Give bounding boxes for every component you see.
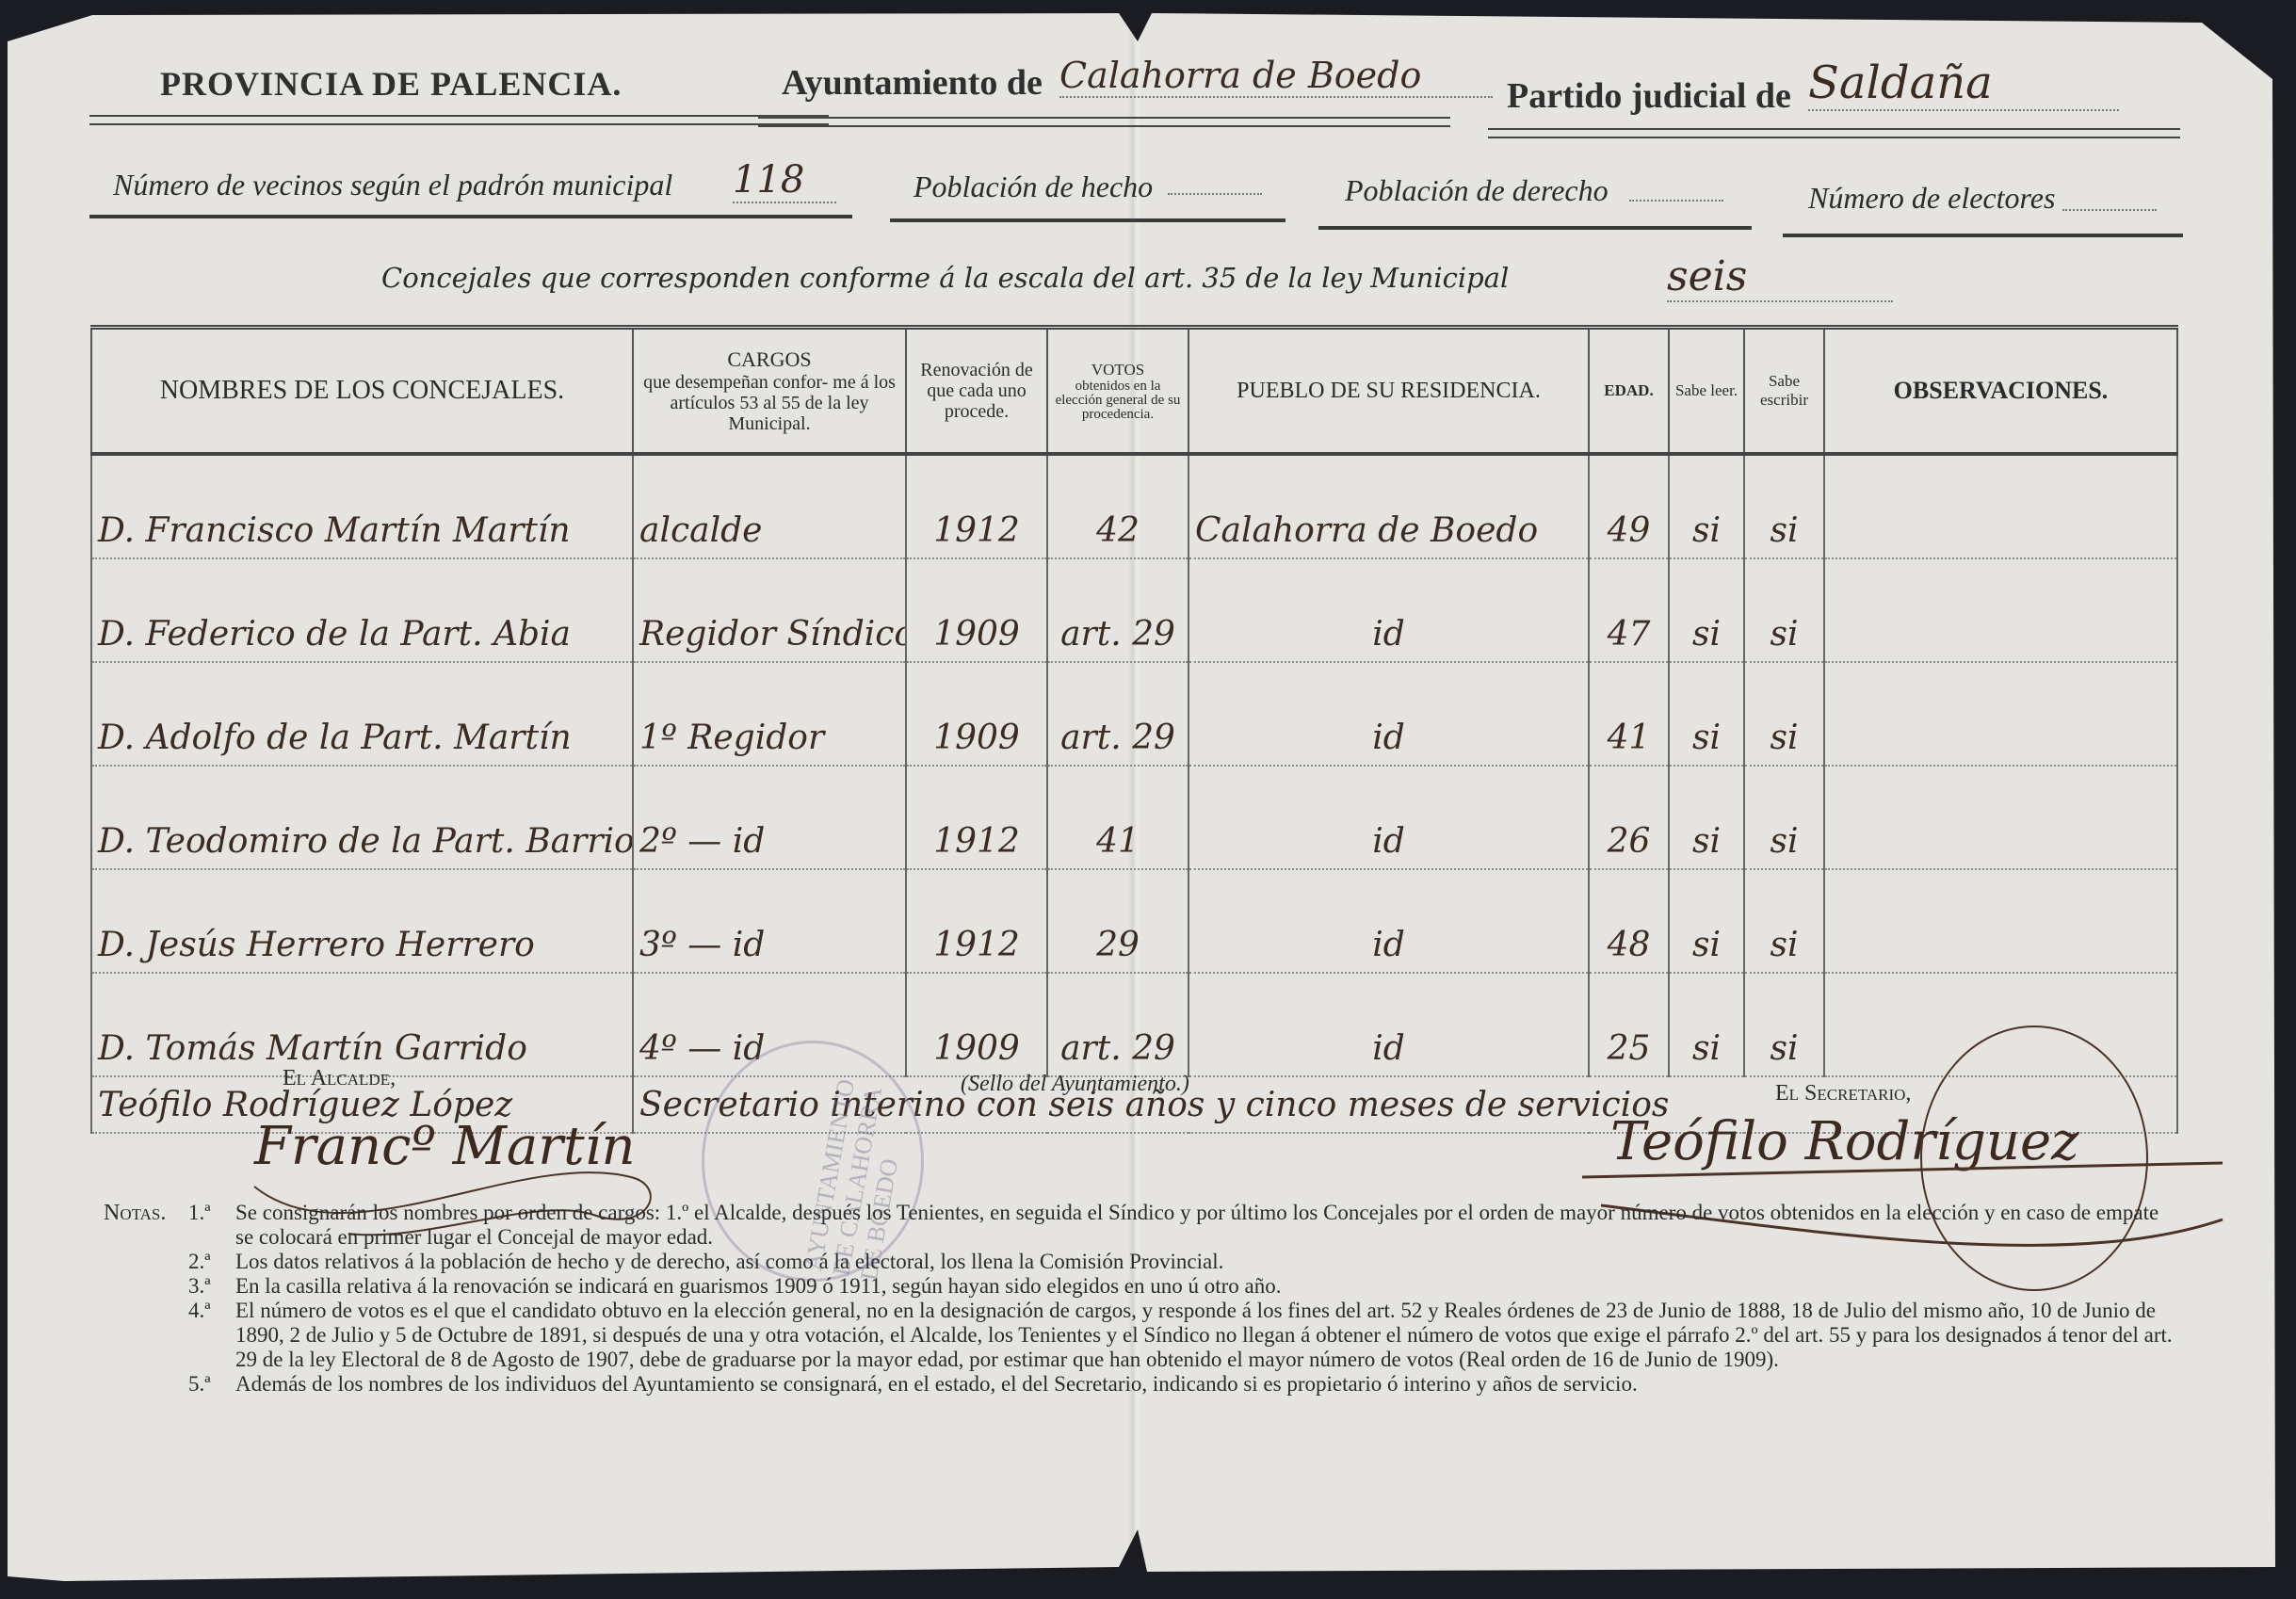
note-text: Los datos relativos á la población de he…: [235, 1250, 2175, 1274]
rule: [758, 117, 1450, 127]
header-cargos: CARGOS que desempeñan confor- me á los a…: [633, 328, 906, 455]
cell-pueblo: id: [1188, 662, 1589, 766]
cell-pueblo: id: [1188, 766, 1589, 869]
cell-leer: si: [1669, 662, 1744, 766]
cell-cargo: 3º — id: [633, 869, 906, 973]
vecinos-value: 118: [733, 158, 836, 203]
table-row: D. Jesús Herrero Herrero 3º — id 1912 29…: [91, 869, 2177, 973]
notes-label: Notas.: [104, 1201, 188, 1250]
note-number: 3.ª: [188, 1274, 235, 1299]
header-votos-sub: obtenidos en la elección general de su p…: [1052, 380, 1184, 422]
note-number: 4.ª: [188, 1299, 235, 1372]
cell-escribir: si: [1744, 454, 1824, 558]
table-row: D. Adolfo de la Part. Martín 1º Regidor …: [91, 662, 2177, 766]
cell-observaciones: [1824, 662, 2177, 766]
header-cargos-sub: que desempeñan confor- me á los artículo…: [638, 372, 901, 434]
poblacion-hecho-field: [1168, 193, 1262, 195]
cell-nombre: D. Adolfo de la Part. Martín: [91, 662, 633, 766]
province-title: PROVINCIA DE PALENCIA.: [160, 64, 622, 104]
table-row: D. Francisco Martín Martín alcalde 1912 …: [91, 454, 2177, 558]
concejales-label: Concejales que corresponden conforme á l…: [381, 262, 1509, 294]
cell-leer: si: [1669, 558, 1744, 662]
cell-cargo: 1º Regidor: [633, 662, 906, 766]
alcalde-label: El Alcalde,: [283, 1066, 396, 1091]
cell-escribir: si: [1744, 869, 1824, 973]
cell-pueblo: Calahorra de Boedo: [1188, 454, 1589, 558]
note-text: Además de los nombres de los individuos …: [235, 1372, 2175, 1397]
cell-pueblo: id: [1188, 558, 1589, 662]
header-edad: EDAD.: [1589, 328, 1669, 455]
cell-pueblo: id: [1188, 869, 1589, 973]
cell-leer: si: [1669, 454, 1744, 558]
cell-votos: art. 29: [1047, 662, 1188, 766]
rule: [89, 215, 852, 218]
table-header-row: NOMBRES DE LOS CONCEJALES. CARGOS que de…: [91, 328, 2177, 455]
cell-renovacion: 1912: [906, 454, 1047, 558]
electores-field: [2062, 209, 2157, 211]
cell-escribir: si: [1744, 766, 1824, 869]
note-item: Notas. 1.ª Se consignarán los nombres po…: [104, 1201, 2175, 1250]
sello-label: (Sello del Ayuntamiento.): [961, 1072, 1189, 1097]
rule: [890, 218, 1285, 222]
concejales-table: NOMBRES DE LOS CONCEJALES. CARGOS que de…: [90, 325, 2178, 1134]
note-text: Se consignarán los nombres por orden de …: [235, 1201, 2175, 1250]
cell-nombre: D. Federico de la Part. Abia: [91, 558, 633, 662]
header-observaciones: OBSERVACIONES.: [1824, 328, 2177, 455]
cell-edad: 48: [1589, 869, 1669, 973]
electores-label: Número de electores: [1808, 181, 2055, 216]
cell-pueblo: id: [1188, 973, 1589, 1076]
ayuntamiento-value: Calahorra de Boedo: [1059, 55, 1493, 98]
cell-renovacion: 1912: [906, 869, 1047, 973]
header-votos: VOTOS obtenidos en la elección general d…: [1047, 328, 1188, 455]
cell-edad: 49: [1589, 454, 1669, 558]
cell-renovacion: 1912: [906, 766, 1047, 869]
cell-edad: 47: [1589, 558, 1669, 662]
note-text: El número de votos es el que el candidat…: [235, 1299, 2175, 1372]
note-text: En la casilla relativa á la renovación s…: [235, 1274, 2175, 1299]
cell-renovacion: 1909: [906, 973, 1047, 1076]
poblacion-derecho-field: [1629, 200, 1723, 202]
poblacion-derecho-label: Población de derecho: [1345, 173, 1609, 208]
rule: [89, 115, 829, 125]
table-row: D. Federico de la Part. Abia Regidor Sín…: [91, 558, 2177, 662]
note-number: 1.ª: [188, 1201, 235, 1250]
cell-escribir: si: [1744, 558, 1824, 662]
cell-cargo: 2º — id: [633, 766, 906, 869]
header-pueblo: PUEBLO DE SU RESIDENCIA.: [1188, 328, 1589, 455]
rule: [1783, 234, 2183, 237]
partido-value: Saldaña: [1808, 57, 2119, 111]
header-sabe-leer: Sabe leer.: [1669, 328, 1744, 455]
ayuntamiento-label: Ayuntamiento de: [782, 62, 1043, 104]
cell-nombre: D. Tomás Martín Garrido: [91, 973, 633, 1076]
rule: [1488, 128, 2180, 138]
note-item: 4.ª El número de votos es el que el cand…: [104, 1299, 2175, 1372]
vecinos-label: Número de vecinos según el padrón munici…: [113, 168, 672, 202]
concejales-value: seis: [1667, 252, 1893, 302]
poblacion-hecho-label: Población de hecho: [914, 170, 1153, 204]
cell-leer: si: [1669, 766, 1744, 869]
cell-votos: 42: [1047, 454, 1188, 558]
cell-cargo: alcalde: [633, 454, 906, 558]
table-row: D. Teodomiro de la Part. Barrio 2º — id …: [91, 766, 2177, 869]
note-item: 3.ª En la casilla relativa á la renovaci…: [104, 1274, 2175, 1299]
cell-votos: art. 29: [1047, 558, 1188, 662]
cell-votos: 29: [1047, 869, 1188, 973]
cell-nombre: D. Francisco Martín Martín: [91, 454, 633, 558]
header-sabe-escribir: Sabe escribir: [1744, 328, 1824, 455]
cell-leer: si: [1669, 869, 1744, 973]
cell-observaciones: [1824, 454, 2177, 558]
cell-renovacion: 1909: [906, 558, 1047, 662]
cell-votos: art. 29: [1047, 973, 1188, 1076]
notes-section: Notas. 1.ª Se consignarán los nombres po…: [104, 1201, 2175, 1397]
cell-votos: 41: [1047, 766, 1188, 869]
cell-observaciones: [1824, 558, 2177, 662]
cell-nombre: D. Teodomiro de la Part. Barrio: [91, 766, 633, 869]
cell-renovacion: 1909: [906, 662, 1047, 766]
header-votos-title: VOTOS: [1052, 361, 1184, 380]
header-cargos-title: CARGOS: [638, 347, 901, 372]
cell-edad: 41: [1589, 662, 1669, 766]
header-nombres: NOMBRES DE LOS CONCEJALES.: [91, 328, 633, 455]
note-item: 5.ª Además de los nombres de los individ…: [104, 1372, 2175, 1397]
cell-edad: 26: [1589, 766, 1669, 869]
cell-escribir: si: [1744, 662, 1824, 766]
cell-nombre: D. Jesús Herrero Herrero: [91, 869, 633, 973]
cell-observaciones: [1824, 766, 2177, 869]
note-number: 2.ª: [188, 1250, 235, 1274]
cell-cargo: Regidor Síndico: [633, 558, 906, 662]
note-item: 2.ª Los datos relativos á la población d…: [104, 1250, 2175, 1274]
cell-observaciones: [1824, 869, 2177, 973]
note-number: 5.ª: [188, 1372, 235, 1397]
rule: [1318, 226, 1752, 230]
header-renovacion: Renovación de que cada uno procede.: [906, 328, 1047, 455]
partido-label: Partido judicial de: [1507, 75, 1791, 117]
